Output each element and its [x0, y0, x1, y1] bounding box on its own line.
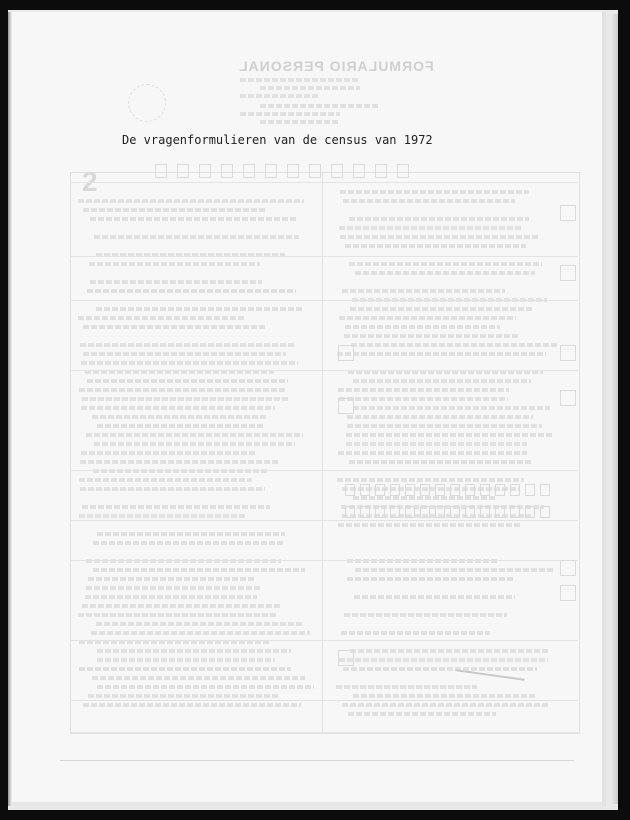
- page-right-edge: [612, 14, 618, 804]
- bleed-through-form-title: FORMULARIO PERSONAL: [238, 58, 434, 74]
- page-caption: De vragenformulieren van de census van 1…: [122, 133, 433, 147]
- bleed-through-footer-rule: [60, 760, 574, 761]
- page-spine: [8, 12, 12, 806]
- bleed-through-seal: [128, 84, 166, 122]
